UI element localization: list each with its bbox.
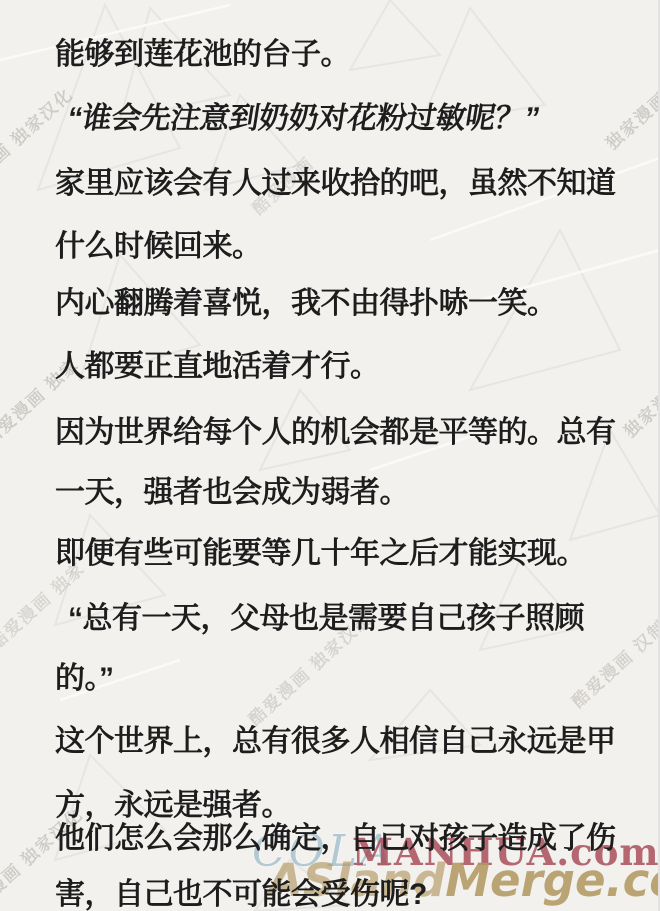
novel-line: 害，自己也不可能会受伤呢? — [55, 869, 427, 911]
novel-line: 因为世界给每个人的机会都是平等的。总有 — [55, 407, 616, 451]
novel-line: 内心翻腾着喜悦，我不由得扑哧一笑。 — [55, 278, 557, 322]
novel-line: 这个世界上，总有很多人相信自己永远是甲 — [55, 716, 616, 760]
site-watermark-merge-domain: Merge.com — [445, 854, 660, 907]
dialogue-text: “谁会先注意到奶奶对花粉过敏呢？” — [65, 93, 543, 137]
dialogue-line: “谁会先注意到奶奶对花粉过敏呢？” — [68, 93, 540, 137]
novel-line: 家里应该会有人过来收拾的吧，虽然不知道 — [55, 158, 616, 202]
novel-line: 人都要正直地活着才行。 — [55, 341, 380, 385]
dialogue-line: 的。” — [55, 653, 114, 697]
novel-line: 一天，强者也会成为弱者。 — [55, 467, 409, 511]
novel-line: 能够到莲花池的台子。 — [55, 29, 350, 73]
dialogue-line: “总有一天，父母也是需要自己孩子照顾 — [68, 593, 584, 637]
novel-reader-page: 漫画 独家汉化 独家漫画 汉化 酷爱漫画 独家 独家漫画 汉制 酷爱漫画 独家汉… — [0, 0, 660, 911]
novel-line: 即便有些可能要等几十年之后才能实现。 — [55, 528, 586, 572]
novel-line: 什么时候回来。 — [55, 221, 262, 265]
novel-line: 他们怎么会那么确定，自己对孩子造成了伤 — [55, 813, 616, 857]
